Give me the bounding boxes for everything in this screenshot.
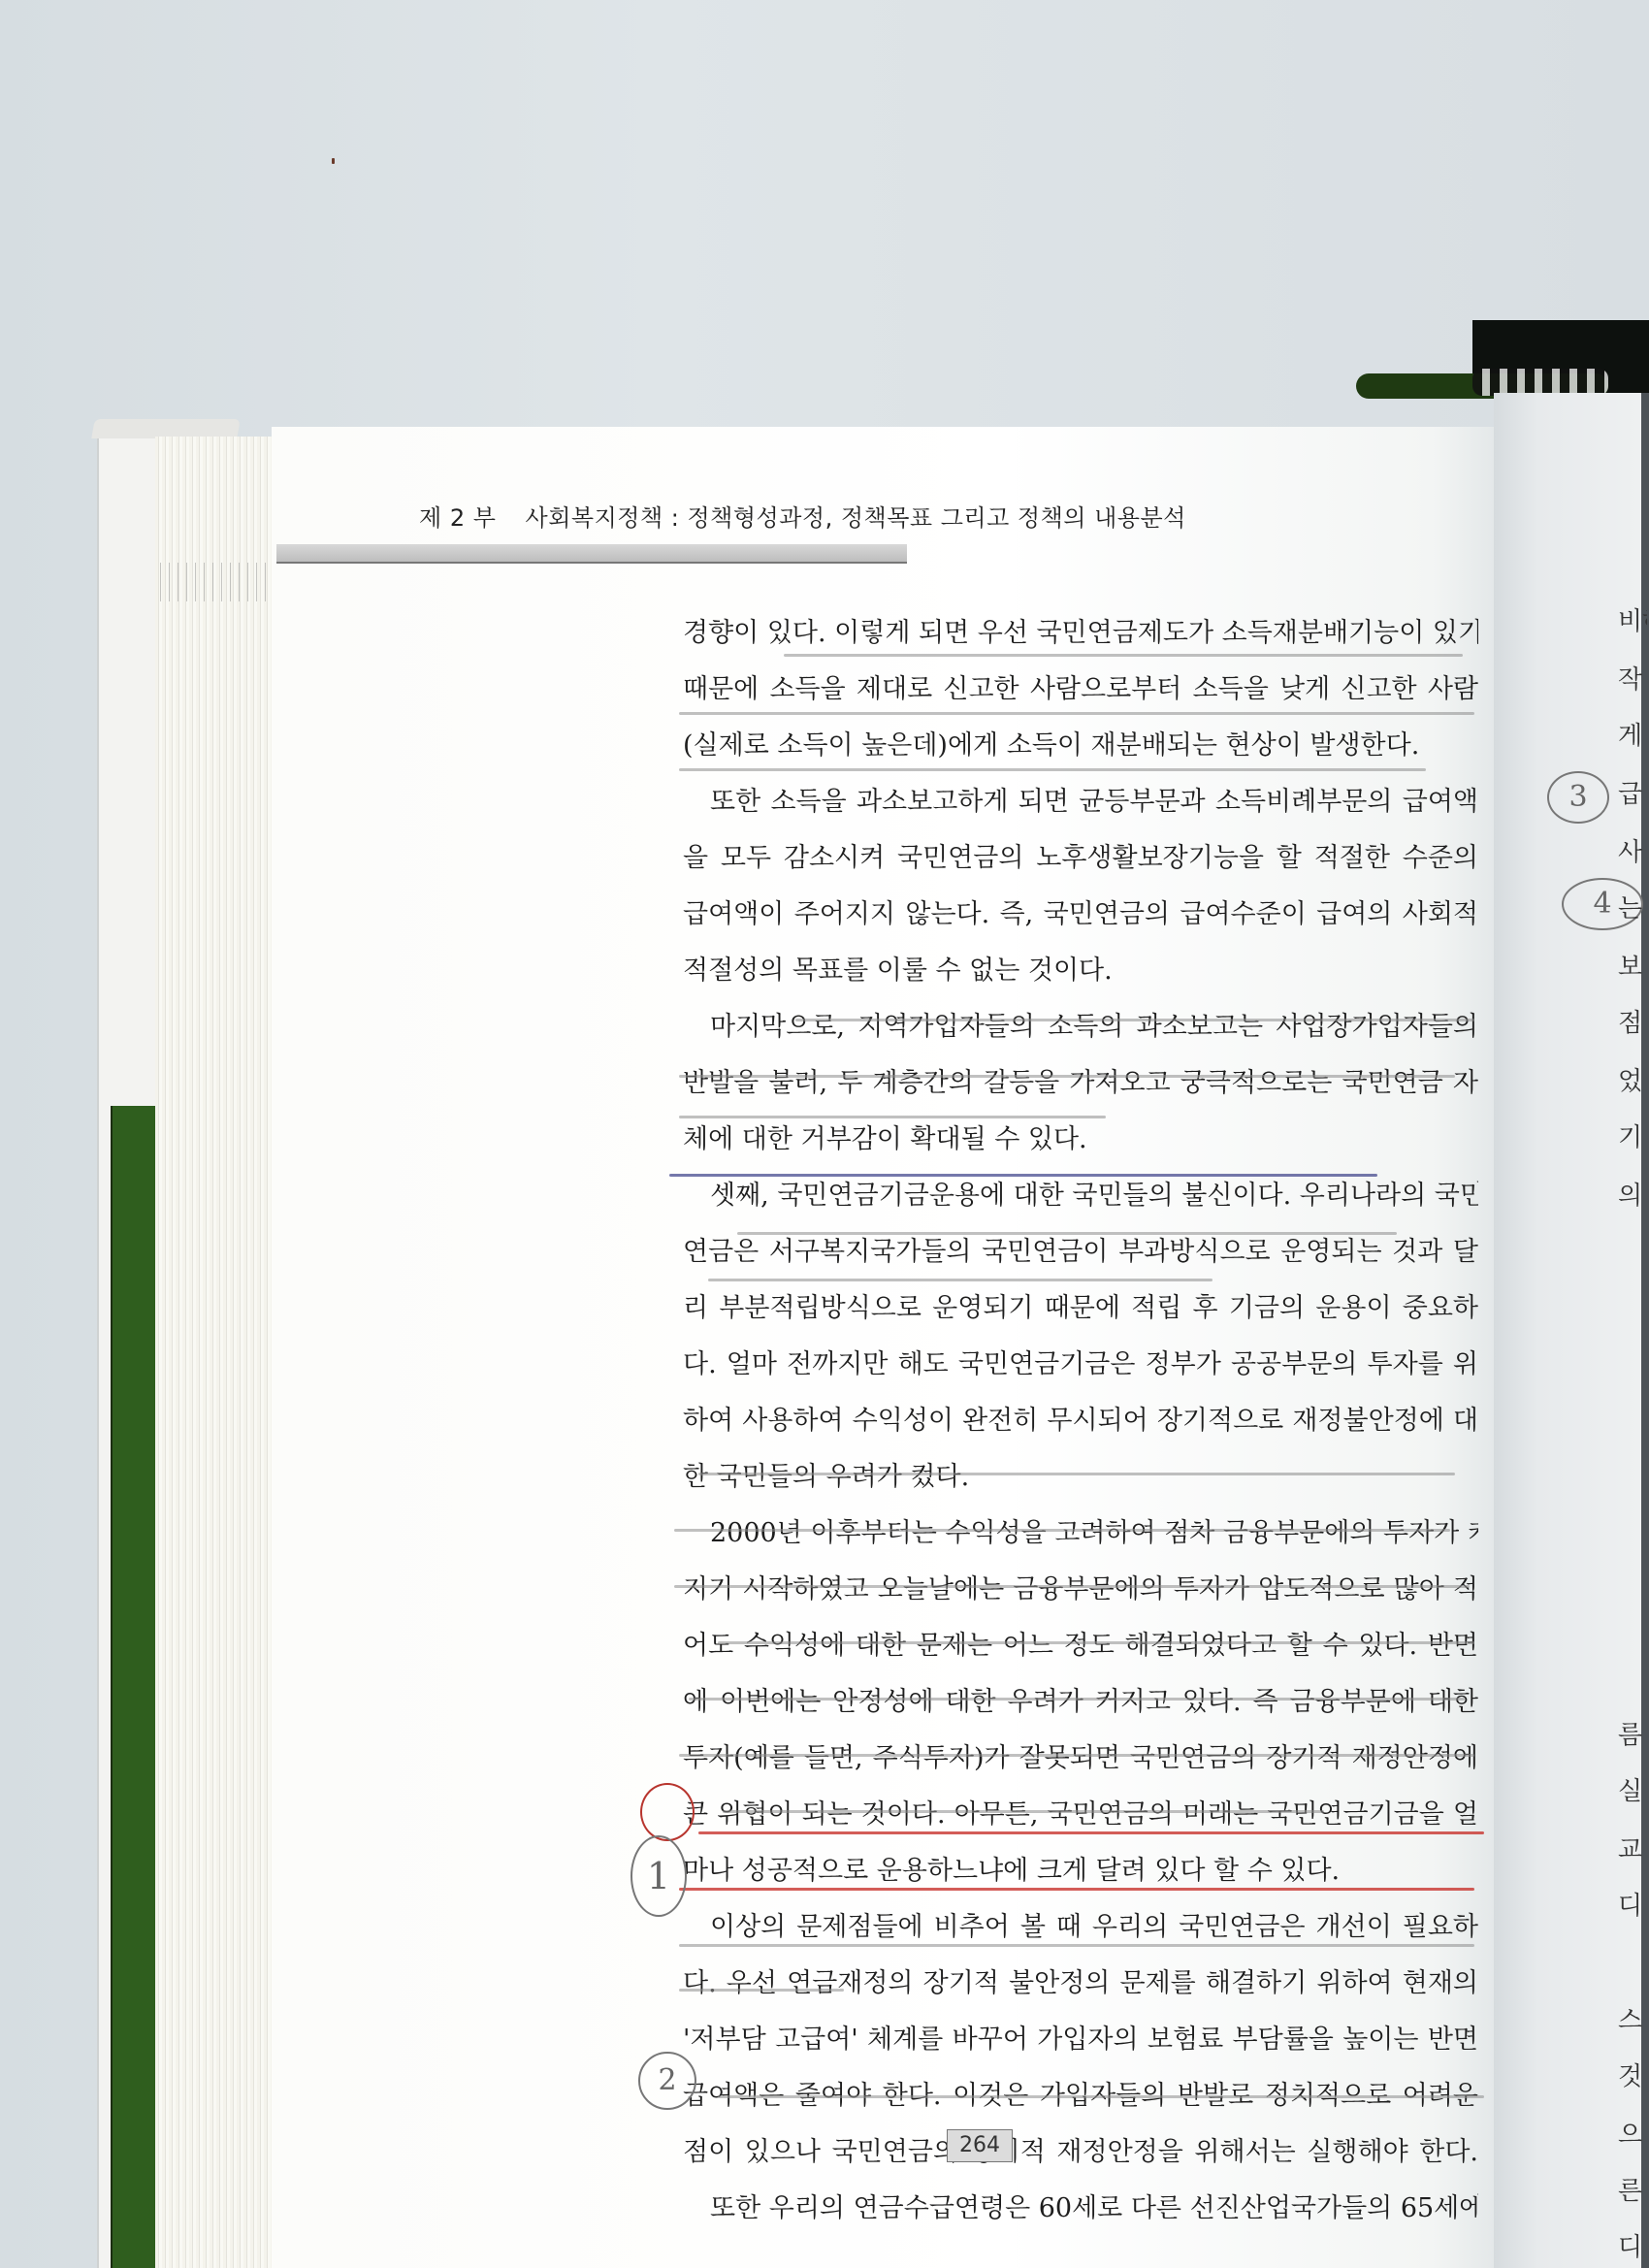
background-object [1472,320,1649,398]
text-line: 때문에 소득을 제대로 신고한 사람으로부터 소득을 낮게 신고한 사람 [683,662,1478,718]
text-line: 하여 사용하여 수익성이 완전히 무시되어 장기적으로 재정불안정에 대 [683,1393,1478,1449]
text-line: 또한 우리의 연금수급연령은 60세로 다른 선진산업국가들의 65세에 [683,2181,1478,2237]
text-line: 체에 대한 거부감이 확대될 수 있다. [683,1112,1478,1168]
text-line: 이상의 문제점들에 비추어 볼 때 우리의 국민연금은 개선이 필요하 [683,1899,1478,1956]
facing-page-fragment: 기 [1618,1118,1647,1153]
facing-page-fragment: 게 [1618,716,1647,752]
pencil-underline [679,1116,1106,1118]
text-line: 또한 소득을 과소보고하게 되면 균등부문과 소득비례부문의 급여액 [683,774,1478,830]
pencil-underline [679,1989,844,1992]
page-edge-marks [155,563,272,601]
chapter-title: 사회복지정책 : 정책형성과정, 정책목표 그리고 정책의 내용분석 [526,504,1186,532]
text-line: 2000년 이후부터는 수익성을 고려하여 점차 금융부문에의 투자가 커 [683,1506,1478,1562]
facing-page-fragment: 었 [1618,1061,1647,1097]
facing-page-fragment: 점 [1618,1003,1647,1039]
page-number: 264 [947,2129,1013,2162]
facing-page-fragment: 스 [1618,2000,1647,2036]
facing-page-fragment: 작 [1618,660,1647,696]
pencil-underline [784,654,1463,657]
text-line: 적절성의 목표를 이룰 수 없는 것이다. [683,943,1478,999]
book-cover-top [91,419,241,438]
dust-speck [332,158,335,164]
pencil-underline [689,1698,1465,1701]
margin-number: 1 [647,1855,670,1897]
blue-underline [669,1174,1377,1177]
margin-number-circle: 1 [630,1835,687,1917]
text-line: 다. 우선 연금재정의 장기적 불안정의 문제를 해결하기 위하여 현재의 [683,1956,1478,2012]
pencil-underline [718,2095,1484,2098]
text-line: 투자(예를 들면, 주식투자)가 잘못되면 국민연금의 장기적 재정안정에 [683,1731,1478,1787]
text-line: 한 국민들의 우려가 컸다. [683,1449,1478,1506]
facing-page-fragment: 름 [1618,1715,1647,1751]
book-cover-green-band [111,1106,157,2268]
text-line: 어도 수익성에 대한 문제는 어느 정도 해결되었다고 할 수 있다. 반면 [683,1618,1478,1674]
pencil-underline [679,1754,1474,1757]
facing-page-fragment: 보 [1618,947,1647,983]
red-underline [698,1831,1484,1834]
pencil-underline [674,1529,1450,1532]
running-header: 제 2 부 사회복지정책 : 정책형성과정, 정책목표 그리고 정책의 내용분석 [419,499,1186,533]
text-line: 큰 위협이 되는 것이다. 아무튼, 국민연금의 미래는 국민연금기금을 얼 [683,1787,1478,1843]
text-line: '저부담 고급여' 체계를 바꾸어 가입자의 보험료 부담률을 높이는 반면 [683,2012,1478,2068]
page-stack-edges [155,437,272,2268]
pencil-underline [795,1019,1474,1021]
margin-mark-circle: 8 [640,1783,695,1841]
header-rule-bar [276,544,907,564]
facing-page-fragment: 교 [1618,1830,1647,1865]
text-line: 리 부분적립방식으로 운영되기 때문에 적립 후 기금의 운용이 중요하 [683,1280,1478,1337]
facing-page-fragment: 디 [1618,1886,1647,1922]
pencil-underline [674,1585,1470,1588]
facing-page-fragment: 디 [1618,2227,1647,2263]
text-line: 다. 얼마 전까지만 해도 국민연금기금은 정부가 공공부문의 투자를 위 [683,1337,1478,1393]
facing-page-fragment: 는 [1618,889,1647,924]
pencil-underline [679,1075,1455,1078]
background-knit-pattern [1472,369,1608,396]
text-line: 마지막으로, 지역가입자들의 소득의 과소보고는 사업장가입자들의 [683,999,1478,1055]
text-line: 점이 있으나 국민연금의 장기적 재정안정을 위해서는 실행해야 한다. [683,2124,1478,2181]
pencil-underline [718,1641,1474,1644]
text-line: 반발을 불러, 두 계층간의 갈등을 가져오고 궁극적으로는 국민연금 자 [683,1055,1478,1112]
facing-page-fragment: 른 [1618,2171,1647,2207]
facing-page-fragment: 비하 [1618,601,1647,637]
margin-number: 3 [1568,780,1587,814]
red-underline [679,1888,1474,1891]
facing-page-fragment: 사 [1618,832,1647,868]
text-line: 을 모두 감소시켜 국민연금의 노후생활보장기능을 할 적절한 수준의 [683,830,1478,887]
pencil-underline [723,1810,1324,1813]
pencil-underline [679,712,1474,715]
text-line: 마나 성공적으로 운용하느냐에 크게 달려 있다 할 수 있다. [683,1843,1478,1899]
margin-number-circle: 3 [1547,771,1609,824]
text-line: 급여액이 주어지지 않는다. 즉, 국민연금의 급여수준이 급여의 사회적 [683,887,1478,943]
pencil-underline [708,1279,1212,1281]
text-line: 에 이번에는 안정성에 대한 우려가 커지고 있다. 즉 금융부문에 대한 [683,1674,1478,1731]
margin-number-circle: 2 [638,2052,696,2110]
text-line: (실제로 소득이 높은데)에게 소득이 재분배되는 현상이 발생한다. [683,718,1478,774]
pencil-underline [737,1232,1397,1235]
margin-number: 2 [658,2063,676,2097]
facing-page-fragment: 것 [1618,2057,1647,2092]
part-label: 제 2 부 [419,504,496,532]
pencil-underline [679,768,1426,771]
margin-number: 4 [1593,887,1611,921]
facing-page-fragment: 의 [1618,1176,1647,1212]
facing-page-fragment: 실 [1618,1771,1647,1807]
body-text: 경향이 있다. 이렇게 되면 우선 국민연금제도가 소득재분배기능이 있기때문에… [683,605,1478,2237]
facing-page-fragment: 급 [1618,774,1647,810]
pencil-underline [698,1473,1455,1475]
text-line: 지기 시작하였고 오늘날에는 금융부문에의 투자가 압도적으로 많아 적 [683,1562,1478,1618]
pencil-underline [679,1944,1474,1947]
facing-page-fragment: 으 [1618,2115,1647,2151]
